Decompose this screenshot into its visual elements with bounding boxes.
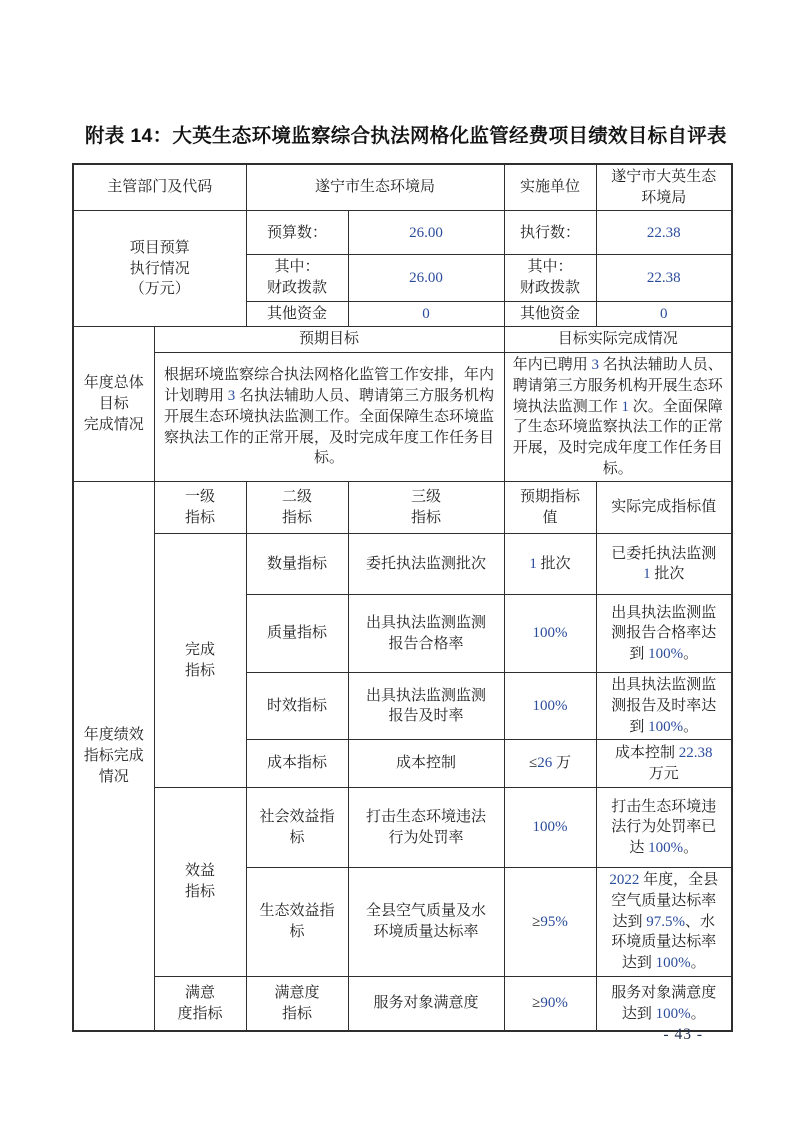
document-page: 附表 14：大英生态环境监察综合执法网格化监管经费项目绩效目标自评表 主管部门及…	[0, 0, 793, 1122]
budget-value-cell: 26.00	[348, 255, 504, 301]
indicator-actual-cell: 成本控制 22.38 万元	[596, 740, 732, 788]
table-row: 完成 指标 数量指标 委托执法监测批次 1 批次 已委托执法监测 1 批次	[73, 534, 732, 595]
budget-label-cell: 其中： 财政拨款	[246, 255, 348, 301]
indicator-level2-cell: 成本指标	[246, 740, 348, 788]
indicator-actual-cell: 出具执法监测监 测报告合格率达 到 100%。	[596, 595, 732, 673]
indicator-expected-cell: 100%	[504, 788, 596, 868]
actual-value-header-cell: 实际完成指标值	[596, 482, 732, 534]
indicator-actual-cell: 打击生态环境违 法行为处罚率已 达 100%。	[596, 788, 732, 868]
self-evaluation-table: 主管部门及代码 遂宁市生态环境局 实施单位 遂宁市大英生态 环境局 项目预算 执…	[72, 163, 733, 1032]
indicator-actual-cell: 出具执法监测监 测报告及时率达 到 100%。	[596, 673, 732, 740]
level1-group-cell: 效益 指标	[154, 788, 246, 976]
indicator-level3-cell: 委托执法监测批次	[348, 534, 504, 595]
budget-label-cell: 其中： 财政拨款	[504, 255, 596, 301]
indicator-level3-cell: 出具执法监测监测 报告合格率	[348, 595, 504, 673]
table-row: 根据环境监察综合执法网格化监管工作安排，年内计划聘用 3 名执法辅助人员、聘请第…	[73, 353, 732, 482]
impl-unit-value-cell: 遂宁市大英生态 环境局	[596, 164, 732, 211]
indicator-actual-cell: 服务对象满意度 达到 100%。	[596, 976, 732, 1031]
indicator-level2-cell: 社会效益指 标	[246, 788, 348, 868]
indicator-expected-cell: 100%	[504, 673, 596, 740]
indicator-level2-cell: 满意度 指标	[246, 976, 348, 1031]
budget-label-cell: 执行数：	[504, 211, 596, 255]
level1-group-cell: 完成 指标	[154, 534, 246, 788]
indicator-level3-cell: 打击生态环境违法 行为处罚率	[348, 788, 504, 868]
table-row: 项目预算 执行情况 （万元） 预算数： 26.00 执行数： 22.38	[73, 211, 732, 255]
budget-label-cell: 其他资金	[504, 301, 596, 327]
expected-value-header-cell: 预期指标 值	[504, 482, 596, 534]
page-title: 附表 14：大英生态环境监察综合执法网格化监管经费项目绩效目标自评表	[85, 120, 745, 148]
indicator-expected-cell: ≥95%	[504, 868, 596, 976]
dept-code-label-cell: 主管部门及代码	[73, 164, 246, 211]
indicator-level3-cell: 成本控制	[348, 740, 504, 788]
budget-label-cell: 预算数：	[246, 211, 348, 255]
indicator-expected-cell: 100%	[504, 595, 596, 673]
budget-value-cell: 22.38	[596, 255, 732, 301]
page-number: - 43 -	[0, 1026, 703, 1044]
impl-unit-label-cell: 实施单位	[504, 164, 596, 211]
budget-section-label-cell: 项目预算 执行情况 （万元）	[73, 211, 246, 327]
table-row: 满意 度指标 满意度 指标 服务对象满意度 ≥90% 服务对象满意度 达到 10…	[73, 976, 732, 1031]
indicator-level3-cell: 全县空气质量及水 环境质量达标率	[348, 868, 504, 976]
level3-header-cell: 三级 指标	[348, 482, 504, 534]
indicator-level3-cell: 出具执法监测监测 报告及时率	[348, 673, 504, 740]
level2-header-cell: 二级 指标	[246, 482, 348, 534]
level1-header-cell: 一级 指标	[154, 482, 246, 534]
table-row: 年度绩效 指标完成 情况 一级 指标 二级 指标 三级 指标 预期指标 值 实际…	[73, 482, 732, 534]
table-row: 主管部门及代码 遂宁市生态环境局 实施单位 遂宁市大英生态 环境局	[73, 164, 732, 211]
budget-value-cell: 0	[596, 301, 732, 327]
indicator-level3-cell: 服务对象满意度	[348, 976, 504, 1031]
budget-label-cell: 其他资金	[246, 301, 348, 327]
indicator-actual-cell: 2022 年度，全县 空气质量达标率 达到 97.5%、水 环境质量达标率 达到…	[596, 868, 732, 976]
budget-value-cell: 22.38	[596, 211, 732, 255]
expected-goal-header-cell: 预期目标	[154, 327, 504, 353]
indicator-actual-cell: 已委托执法监测 1 批次	[596, 534, 732, 595]
actual-goal-header-cell: 目标实际完成情况	[504, 327, 732, 353]
budget-value-cell: 26.00	[348, 211, 504, 255]
expected-goal-text-cell: 根据环境监察综合执法网格化监管工作安排，年内计划聘用 3 名执法辅助人员、聘请第…	[154, 353, 504, 482]
budget-value-cell: 0	[348, 301, 504, 327]
indicator-level2-cell: 生态效益指 标	[246, 868, 348, 976]
level1-group-cell: 满意 度指标	[154, 976, 246, 1031]
table-row: 年度总体 目标 完成情况 预期目标 目标实际完成情况	[73, 327, 732, 353]
actual-goal-text-cell: 年内已聘用 3 名执法辅助人员、聘请第三方服务机构开展生态环境执法监测工作 1 …	[504, 353, 732, 482]
indicator-expected-cell: ≤26 万	[504, 740, 596, 788]
table-row: 效益 指标 社会效益指 标 打击生态环境违法 行为处罚率 100% 打击生态环境…	[73, 788, 732, 868]
indicator-expected-cell: 1 批次	[504, 534, 596, 595]
indicator-level2-cell: 时效指标	[246, 673, 348, 740]
indicators-section-label-cell: 年度绩效 指标完成 情况	[73, 482, 154, 1032]
dept-code-value-cell: 遂宁市生态环境局	[246, 164, 504, 211]
indicator-level2-cell: 数量指标	[246, 534, 348, 595]
indicator-expected-cell: ≥90%	[504, 976, 596, 1031]
indicator-level2-cell: 质量指标	[246, 595, 348, 673]
annual-goal-section-label-cell: 年度总体 目标 完成情况	[73, 327, 154, 482]
